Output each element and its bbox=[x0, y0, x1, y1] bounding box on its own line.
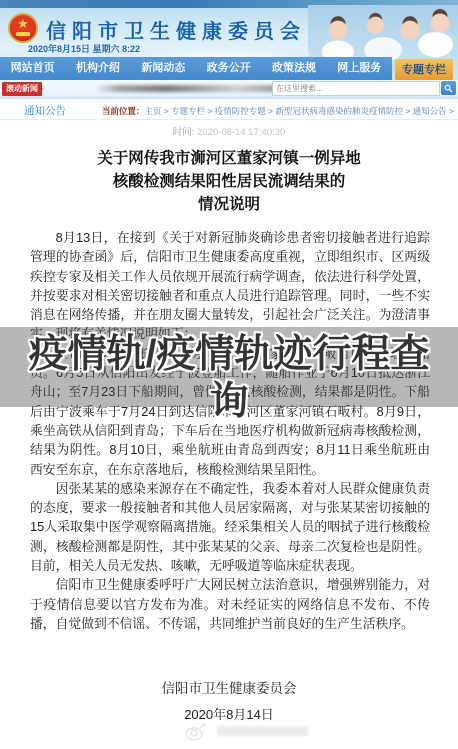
paragraph-4: 信阳市卫生健康委呼吁广大网民树立法治意识，增强辨别能力，对于疫情信息要以官方发布… bbox=[30, 575, 430, 633]
signature-org: 信阳市卫生健康委员会 bbox=[0, 677, 458, 697]
site-banner: ★ 信阳市卫生健康委员会 2020年8月15日 星期六 8:22 网站首页 机构… bbox=[0, 0, 458, 80]
rolling-news-badge: 滚动新闻 bbox=[2, 82, 42, 96]
watermark-blurred-text bbox=[217, 726, 309, 736]
breadcrumb-location-label: 当前位置： bbox=[102, 106, 145, 116]
article-title: 关于网传我市浉河区董家河镇一例异地 核酸检测结果阳性居民流调结果的 情况说明 bbox=[0, 147, 458, 216]
emblem-gate-shape bbox=[16, 32, 30, 36]
ticker-search-row: 滚动新闻 bbox=[0, 80, 458, 97]
paragraph-3: 因张某某的感染来源存在不确定性，我委本着对人民群众健康负责的态度，要求一般接触者… bbox=[30, 479, 430, 575]
article-title-line2: 核酸检测结果阳性居民流调结果的 bbox=[0, 170, 458, 193]
article-title-line1: 关于网传我市浉河区董家河镇一例异地 bbox=[0, 147, 458, 170]
national-emblem-icon: ★ bbox=[8, 13, 38, 43]
article: 时间: 2020-08-14 17:40:30 关于网传我市浉河区董家河镇一例异… bbox=[0, 124, 458, 723]
nav-item-policies[interactable]: 政策法规 bbox=[261, 57, 326, 80]
article-body: 8月13日，在接到《关于对新冠肺炎确诊患者密切接触者进行追踪管理的协查函》后，信… bbox=[30, 228, 430, 633]
publish-time-label: 时间: bbox=[173, 127, 195, 138]
doodle-cat-watermark-icon bbox=[183, 720, 209, 742]
main-nav: 网站首页 机构介绍 新闻动态 政务公开 政策法规 网上服务 bbox=[0, 57, 392, 80]
paragraph-2: 经调查核实，张某某，男，浉河区董家河镇石畈村居民、职业船员。6月5日从信阳出发经… bbox=[30, 344, 430, 479]
breadcrumb: 当前位置：主页 > 专题专栏 > 疫情防控专题 > 新型冠状病毒感染的肺炎疫情防… bbox=[102, 105, 454, 117]
article-title-line3: 情况说明 bbox=[0, 193, 458, 216]
nav-item-online-services[interactable]: 网上服务 bbox=[327, 57, 392, 80]
publish-time-value: 2020-08-14 17:40:30 bbox=[197, 127, 285, 138]
watermark bbox=[183, 720, 309, 742]
search-icon bbox=[444, 84, 453, 93]
nav-item-home[interactable]: 网站首页 bbox=[0, 57, 65, 80]
section-link-notices[interactable]: 通知公告 bbox=[24, 103, 66, 118]
site-title: 信阳市卫生健康委员会 bbox=[46, 15, 306, 44]
breadcrumb-path[interactable]: 主页 > 专题专栏 > 疫情防控专题 > 新型冠状病毒感染的肺炎疫情防控 > 通… bbox=[144, 106, 454, 116]
nav-item-org-intro[interactable]: 机构介绍 bbox=[65, 57, 130, 80]
nav-item-news[interactable]: 新闻动态 bbox=[131, 57, 196, 80]
breadcrumb-row: 通知公告 当前位置：主页 > 专题专栏 > 疫情防控专题 > 新型冠状病毒感染的… bbox=[0, 97, 458, 120]
emblem-star-icon: ★ bbox=[10, 15, 36, 32]
nav-item-gov-affairs[interactable]: 政务公开 bbox=[196, 57, 261, 80]
search-input[interactable] bbox=[272, 81, 440, 96]
search-button[interactable] bbox=[441, 81, 456, 95]
paragraph-1: 8月13日，在接到《关于对新冠肺炎确诊患者密切接触者进行追踪管理的协查函》后，信… bbox=[30, 228, 430, 344]
nav-item-special-topics-active[interactable]: 专题专栏 bbox=[395, 59, 453, 80]
banner-date: 2020年8月15日 星期六 8:22 bbox=[28, 42, 140, 55]
publish-time: 时间: 2020-08-14 17:40:30 bbox=[0, 124, 458, 138]
page: ★ 信阳市卫生健康委员会 2020年8月15日 星期六 8:22 网站首页 机构… bbox=[0, 0, 458, 749]
